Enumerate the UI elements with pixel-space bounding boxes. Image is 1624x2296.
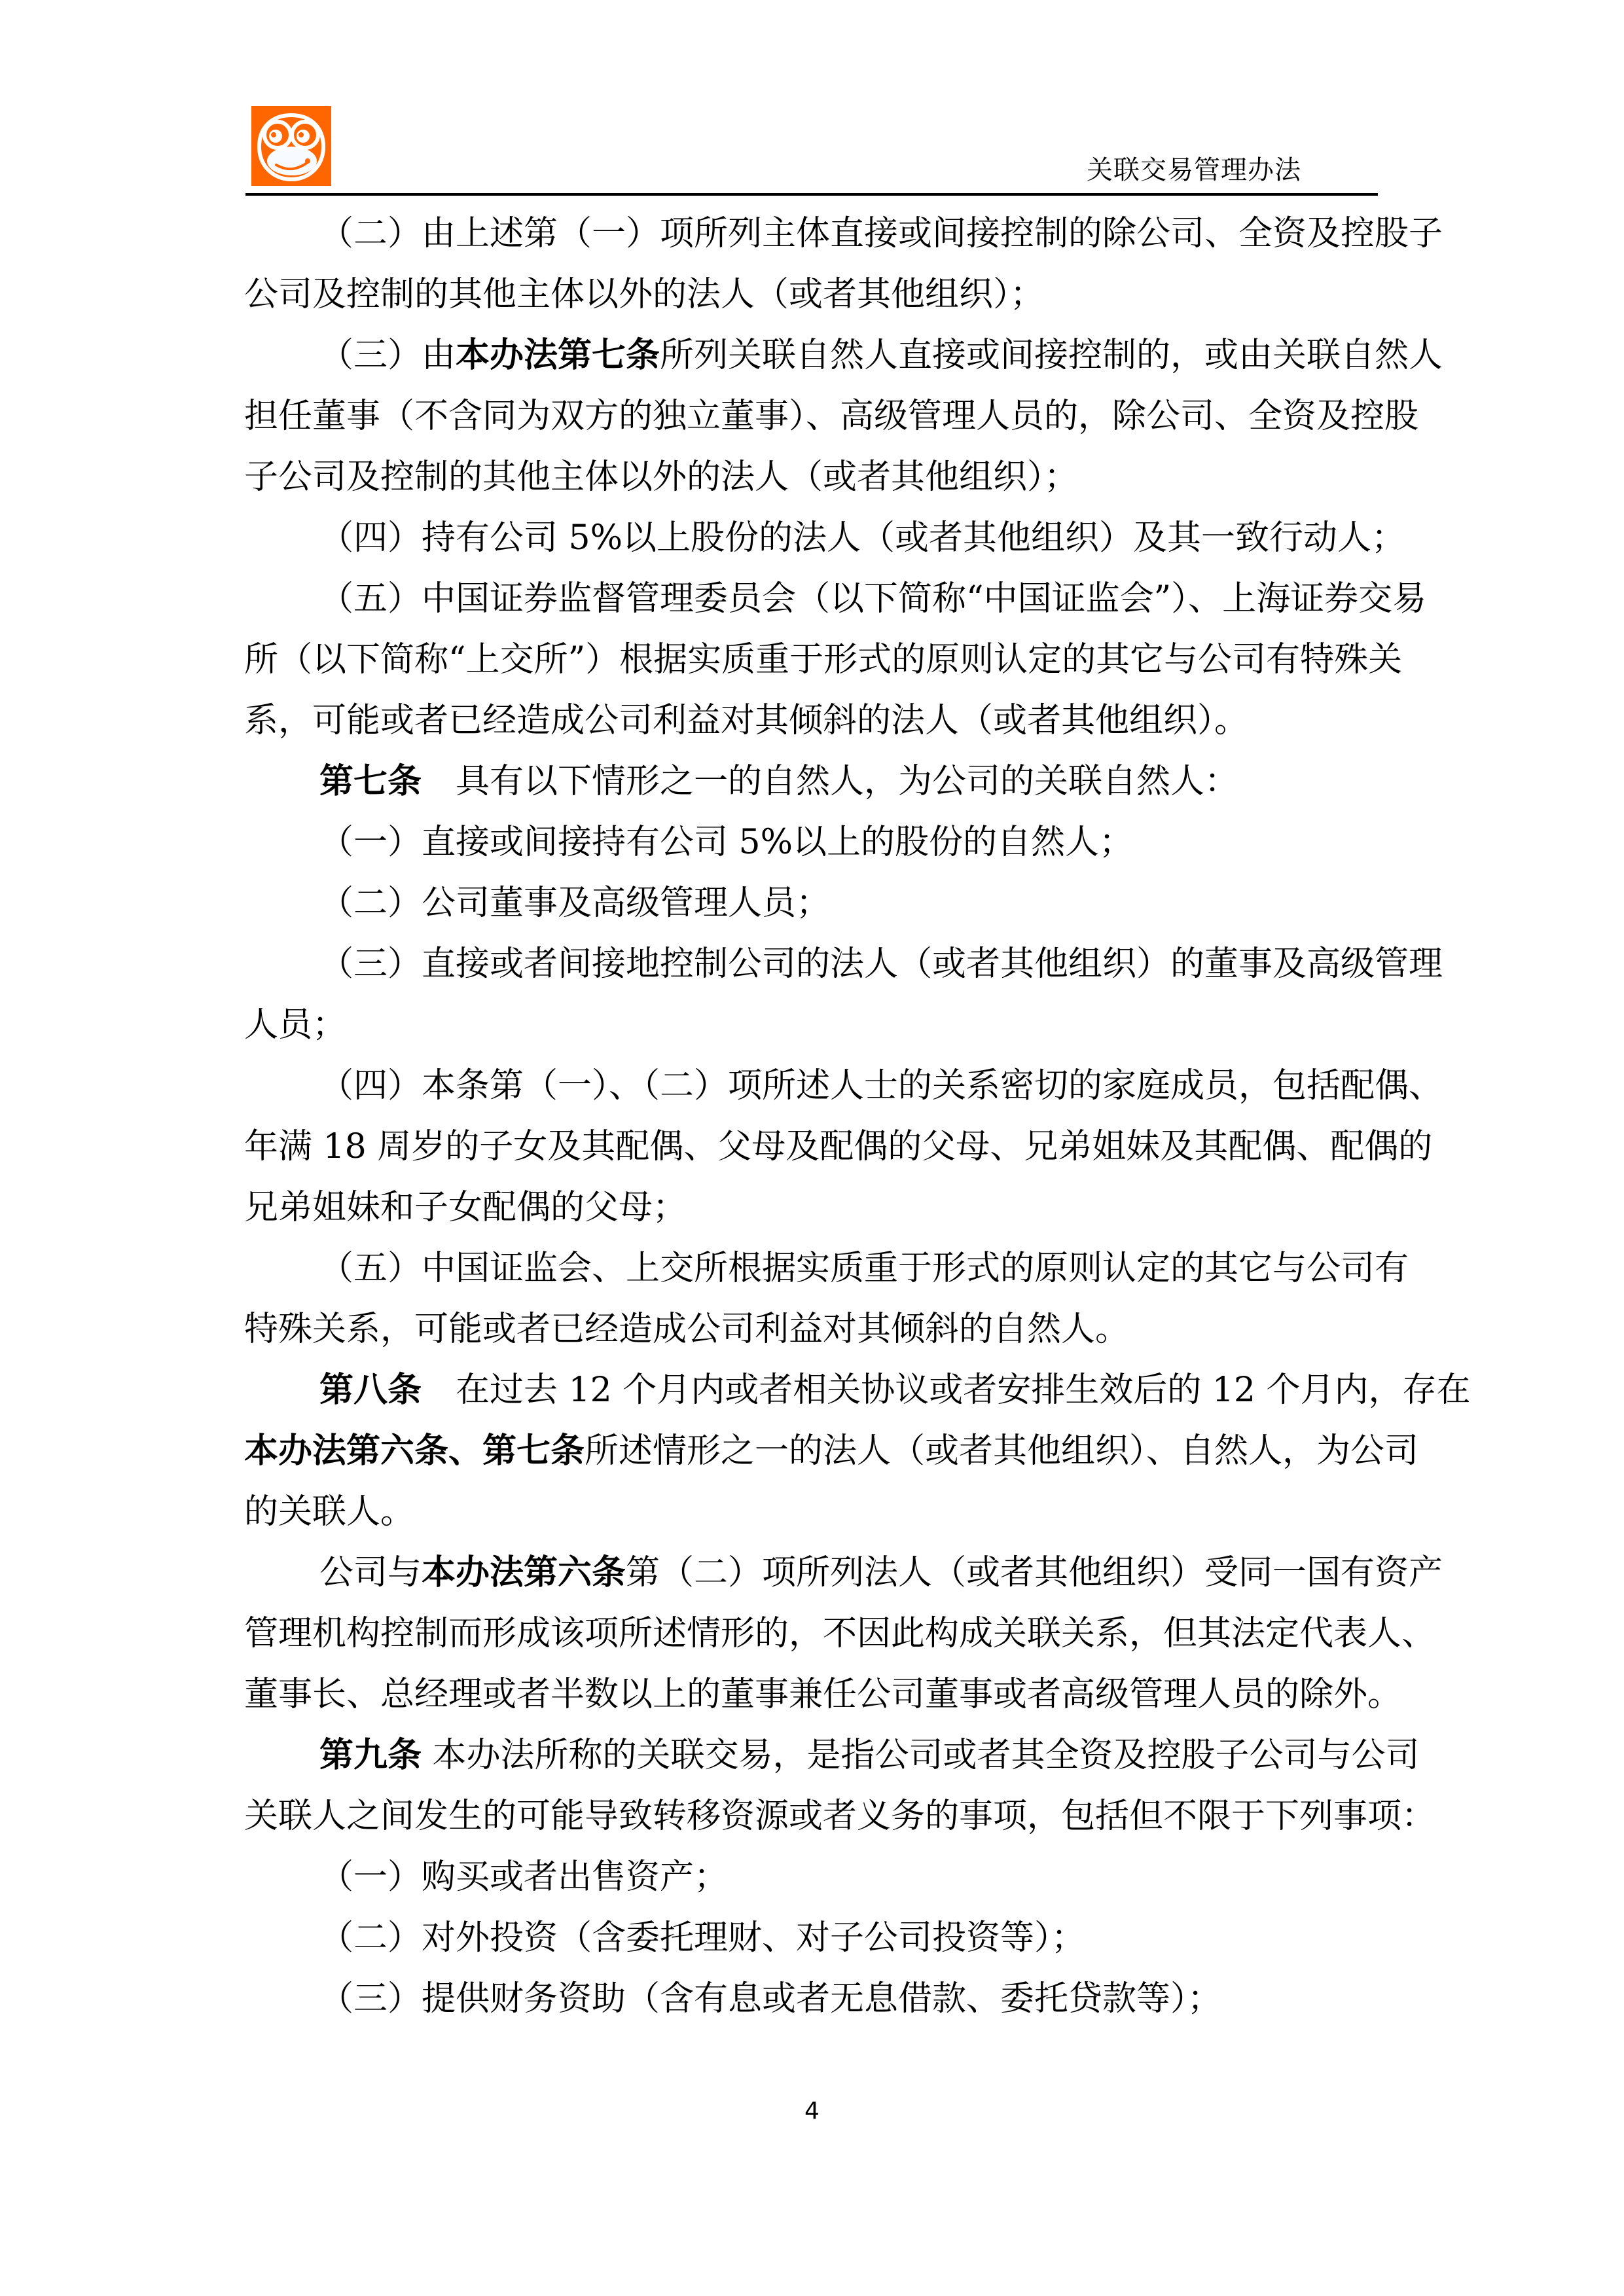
body-text-line: 兄弟姐妹和子女配偶的父母； xyxy=(244,1185,1378,1230)
body-text-line: 关联人之间发生的可能导致转移资源或者义务的事项，包括但不限于下列事项： xyxy=(244,1793,1378,1839)
text-segment: （一）直接或间接持有公司 5%以上的股份的自然人； xyxy=(319,823,1133,862)
body-text-line: （二）公司董事及高级管理人员； xyxy=(319,880,1378,926)
body-text-line: （四）本条第（一）、（二）项所述人士的关系密切的家庭成员，包括配偶、 xyxy=(319,1063,1378,1109)
bold-article-reference: 本办法第六条、第七条 xyxy=(244,1431,585,1471)
bold-article-reference: 第七条 xyxy=(319,761,422,801)
body-text-line: 年满 18 周岁的子女及其配偶、父母及配偶的父母、兄弟姐妹及其配偶、配偶的 xyxy=(244,1124,1378,1170)
text-segment: （四）本条第（一）、（二）项所述人士的关系密切的家庭成员，包括配偶、 xyxy=(319,1066,1443,1105)
body-text-line: （三）直接或者间接地控制公司的法人（或者其他组织）的董事及高级管理 xyxy=(319,941,1378,987)
text-segment: （三）由 xyxy=(319,336,456,375)
bold-article-reference: 第九条 xyxy=(319,1735,422,1775)
header-divider xyxy=(245,193,1378,196)
text-segment: 年满 18 周岁的子女及其配偶、父母及配偶的父母、兄弟姐妹及其配偶、配偶的 xyxy=(244,1127,1432,1166)
bold-article-reference: 本办法第七条 xyxy=(456,335,660,375)
text-segment: （三）提供财务资助（含有息或者无息借款、委托贷款等）； xyxy=(319,1979,1221,2018)
body-text-line: 子公司及控制的其他主体以外的法人（或者其他组织）； xyxy=(244,454,1378,500)
text-segment: 特殊关系，可能或者已经造成公司利益对其倾斜的自然人。 xyxy=(244,1310,1129,1349)
text-segment: 所（以下简称“上交所”）根据实质重于形式的原则认定的其它与公司有特殊关 xyxy=(244,640,1402,679)
body-text-line: （五）中国证券监督管理委员会（以下简称“中国证监会”）、上海证券交易 xyxy=(319,576,1378,622)
text-segment: 具有以下情形之一的自然人，为公司的关联自然人： xyxy=(422,762,1238,801)
body-text-line: 第九条 本办法所称的关联交易，是指公司或者其全资及控股子公司与公司 xyxy=(319,1732,1378,1778)
body-text-line: （三）由本办法第七条所列关联自然人直接或间接控制的，或由关联自然人 xyxy=(319,332,1378,378)
text-segment: 的关联人。 xyxy=(244,1492,414,1532)
text-segment: 人员； xyxy=(244,1005,346,1045)
text-segment: 所列关联自然人直接或间接控制的，或由关联自然人 xyxy=(660,336,1443,375)
text-segment: 兄弟姐妹和子女配偶的父母； xyxy=(244,1188,687,1227)
body-text-line: （二）由上述第（一）项所列主体直接或间接控制的除公司、全资及控股子 xyxy=(319,211,1378,257)
frog-face-logo-icon xyxy=(251,106,331,186)
text-segment: 董事长、总经理或者半数以上的董事兼任公司董事或者高级管理人员的除外。 xyxy=(244,1675,1401,1714)
text-segment: 管理机构控制而形成该项所述情形的，不因此构成关联关系，但其法定代表人、 xyxy=(244,1614,1435,1653)
text-segment: （二）对外投资（含委托理财、对子公司投资等）； xyxy=(319,1918,1085,1958)
body-text-line: 公司及控制的其他主体以外的法人（或者其他组织）； xyxy=(244,272,1378,317)
body-text-line: （五）中国证监会、上交所根据实质重于形式的原则认定的其它与公司有 xyxy=(319,1246,1378,1291)
text-segment: （二）由上述第（一）项所列主体直接或间接控制的除公司、全资及控股子 xyxy=(319,214,1443,253)
body-text-line: （一）购买或者出售资产； xyxy=(319,1854,1378,1900)
bold-article-reference: 本办法第六条 xyxy=(422,1552,626,1592)
body-text-line: 的关联人。 xyxy=(244,1489,1378,1535)
text-segment: 公司与 xyxy=(319,1553,422,1592)
text-segment: 子公司及控制的其他主体以外的法人（或者其他组织）； xyxy=(244,457,1078,497)
text-segment: （二）公司董事及高级管理人员； xyxy=(319,884,830,923)
text-segment: （三）直接或者间接地控制公司的法人（或者其他组织）的董事及高级管理 xyxy=(319,944,1443,984)
text-segment: 系，可能或者已经造成公司利益对其倾斜的法人（或者其他组织）。 xyxy=(244,701,1248,740)
body-text-line: 人员； xyxy=(244,1002,1378,1048)
body-text-line: 第七条 具有以下情形之一的自然人，为公司的关联自然人： xyxy=(319,759,1378,804)
text-segment: （五）中国证券监督管理委员会（以下简称“中国证监会”）、上海证券交易 xyxy=(319,579,1426,619)
body-text-line: 管理机构控制而形成该项所述情形的，不因此构成关联关系，但其法定代表人、 xyxy=(244,1611,1378,1657)
body-text-line: 担任董事（不含同为双方的独立董事）、高级管理人员的，除公司、全资及控股 xyxy=(244,393,1378,439)
body-text-line: （三）提供财务资助（含有息或者无息借款、委托贷款等）； xyxy=(319,1976,1378,2022)
text-segment: 所述情形之一的法人（或者其他组织）、自然人，为公司 xyxy=(585,1431,1418,1471)
body-text-line: 第八条 在过去 12 个月内或者相关协议或者安排生效后的 12 个月内，存在 xyxy=(319,1367,1378,1413)
body-text-line: 系，可能或者已经造成公司利益对其倾斜的法人（或者其他组织）。 xyxy=(244,698,1378,744)
text-segment: （一）购买或者出售资产； xyxy=(319,1857,728,1897)
body-text-line: 董事长、总经理或者半数以上的董事兼任公司董事或者高级管理人员的除外。 xyxy=(244,1672,1378,1717)
text-segment: 在过去 12 个月内或者相关协议或者安排生效后的 12 个月内，存在 xyxy=(422,1371,1470,1410)
text-segment: 公司及控制的其他主体以外的法人（或者其他组织）； xyxy=(244,275,1044,314)
document-page: 关联交易管理办法 （二）由上述第（一）项所列主体直接或间接控制的除公司、全资及控… xyxy=(0,0,1624,2296)
text-segment: （五）中国证监会、上交所根据实质重于形式的原则认定的其它与公司有 xyxy=(319,1249,1409,1288)
bold-article-reference: 第八条 xyxy=(319,1370,422,1410)
text-segment: 第（二）项所列法人（或者其他组织）受同一国有资产 xyxy=(626,1553,1443,1592)
body-text-line: 所（以下简称“上交所”）根据实质重于形式的原则认定的其它与公司有特殊关 xyxy=(244,637,1378,683)
text-segment: 担任董事（不含同为双方的独立董事）、高级管理人员的，除公司、全资及控股 xyxy=(244,397,1418,436)
body-text-line: （四）持有公司 5%以上股份的法人（或者其他组织）及其一致行动人； xyxy=(319,515,1378,561)
text-segment: 本办法所称的关联交易，是指公司或者其全资及控股子公司与公司 xyxy=(422,1736,1420,1775)
text-segment: （四）持有公司 5%以上股份的法人（或者其他组织）及其一致行动人； xyxy=(319,518,1405,558)
body-text-line: （二）对外投资（含委托理财、对子公司投资等）； xyxy=(319,1915,1378,1961)
body-text-line: 本办法第六条、第七条所述情形之一的法人（或者其他组织）、自然人，为公司 xyxy=(244,1428,1378,1474)
header-title: 关联交易管理办法 xyxy=(1087,149,1301,187)
body-text-line: 公司与本办法第六条第（二）项所列法人（或者其他组织）受同一国有资产 xyxy=(319,1550,1378,1596)
body-text-line: 特殊关系，可能或者已经造成公司利益对其倾斜的自然人。 xyxy=(244,1306,1378,1352)
text-segment: 关联人之间发生的可能导致转移资源或者义务的事项，包括但不限于下列事项： xyxy=(244,1797,1435,1836)
page-number: 4 xyxy=(0,2098,1624,2125)
body-text-line: （一）直接或间接持有公司 5%以上的股份的自然人； xyxy=(319,819,1378,865)
